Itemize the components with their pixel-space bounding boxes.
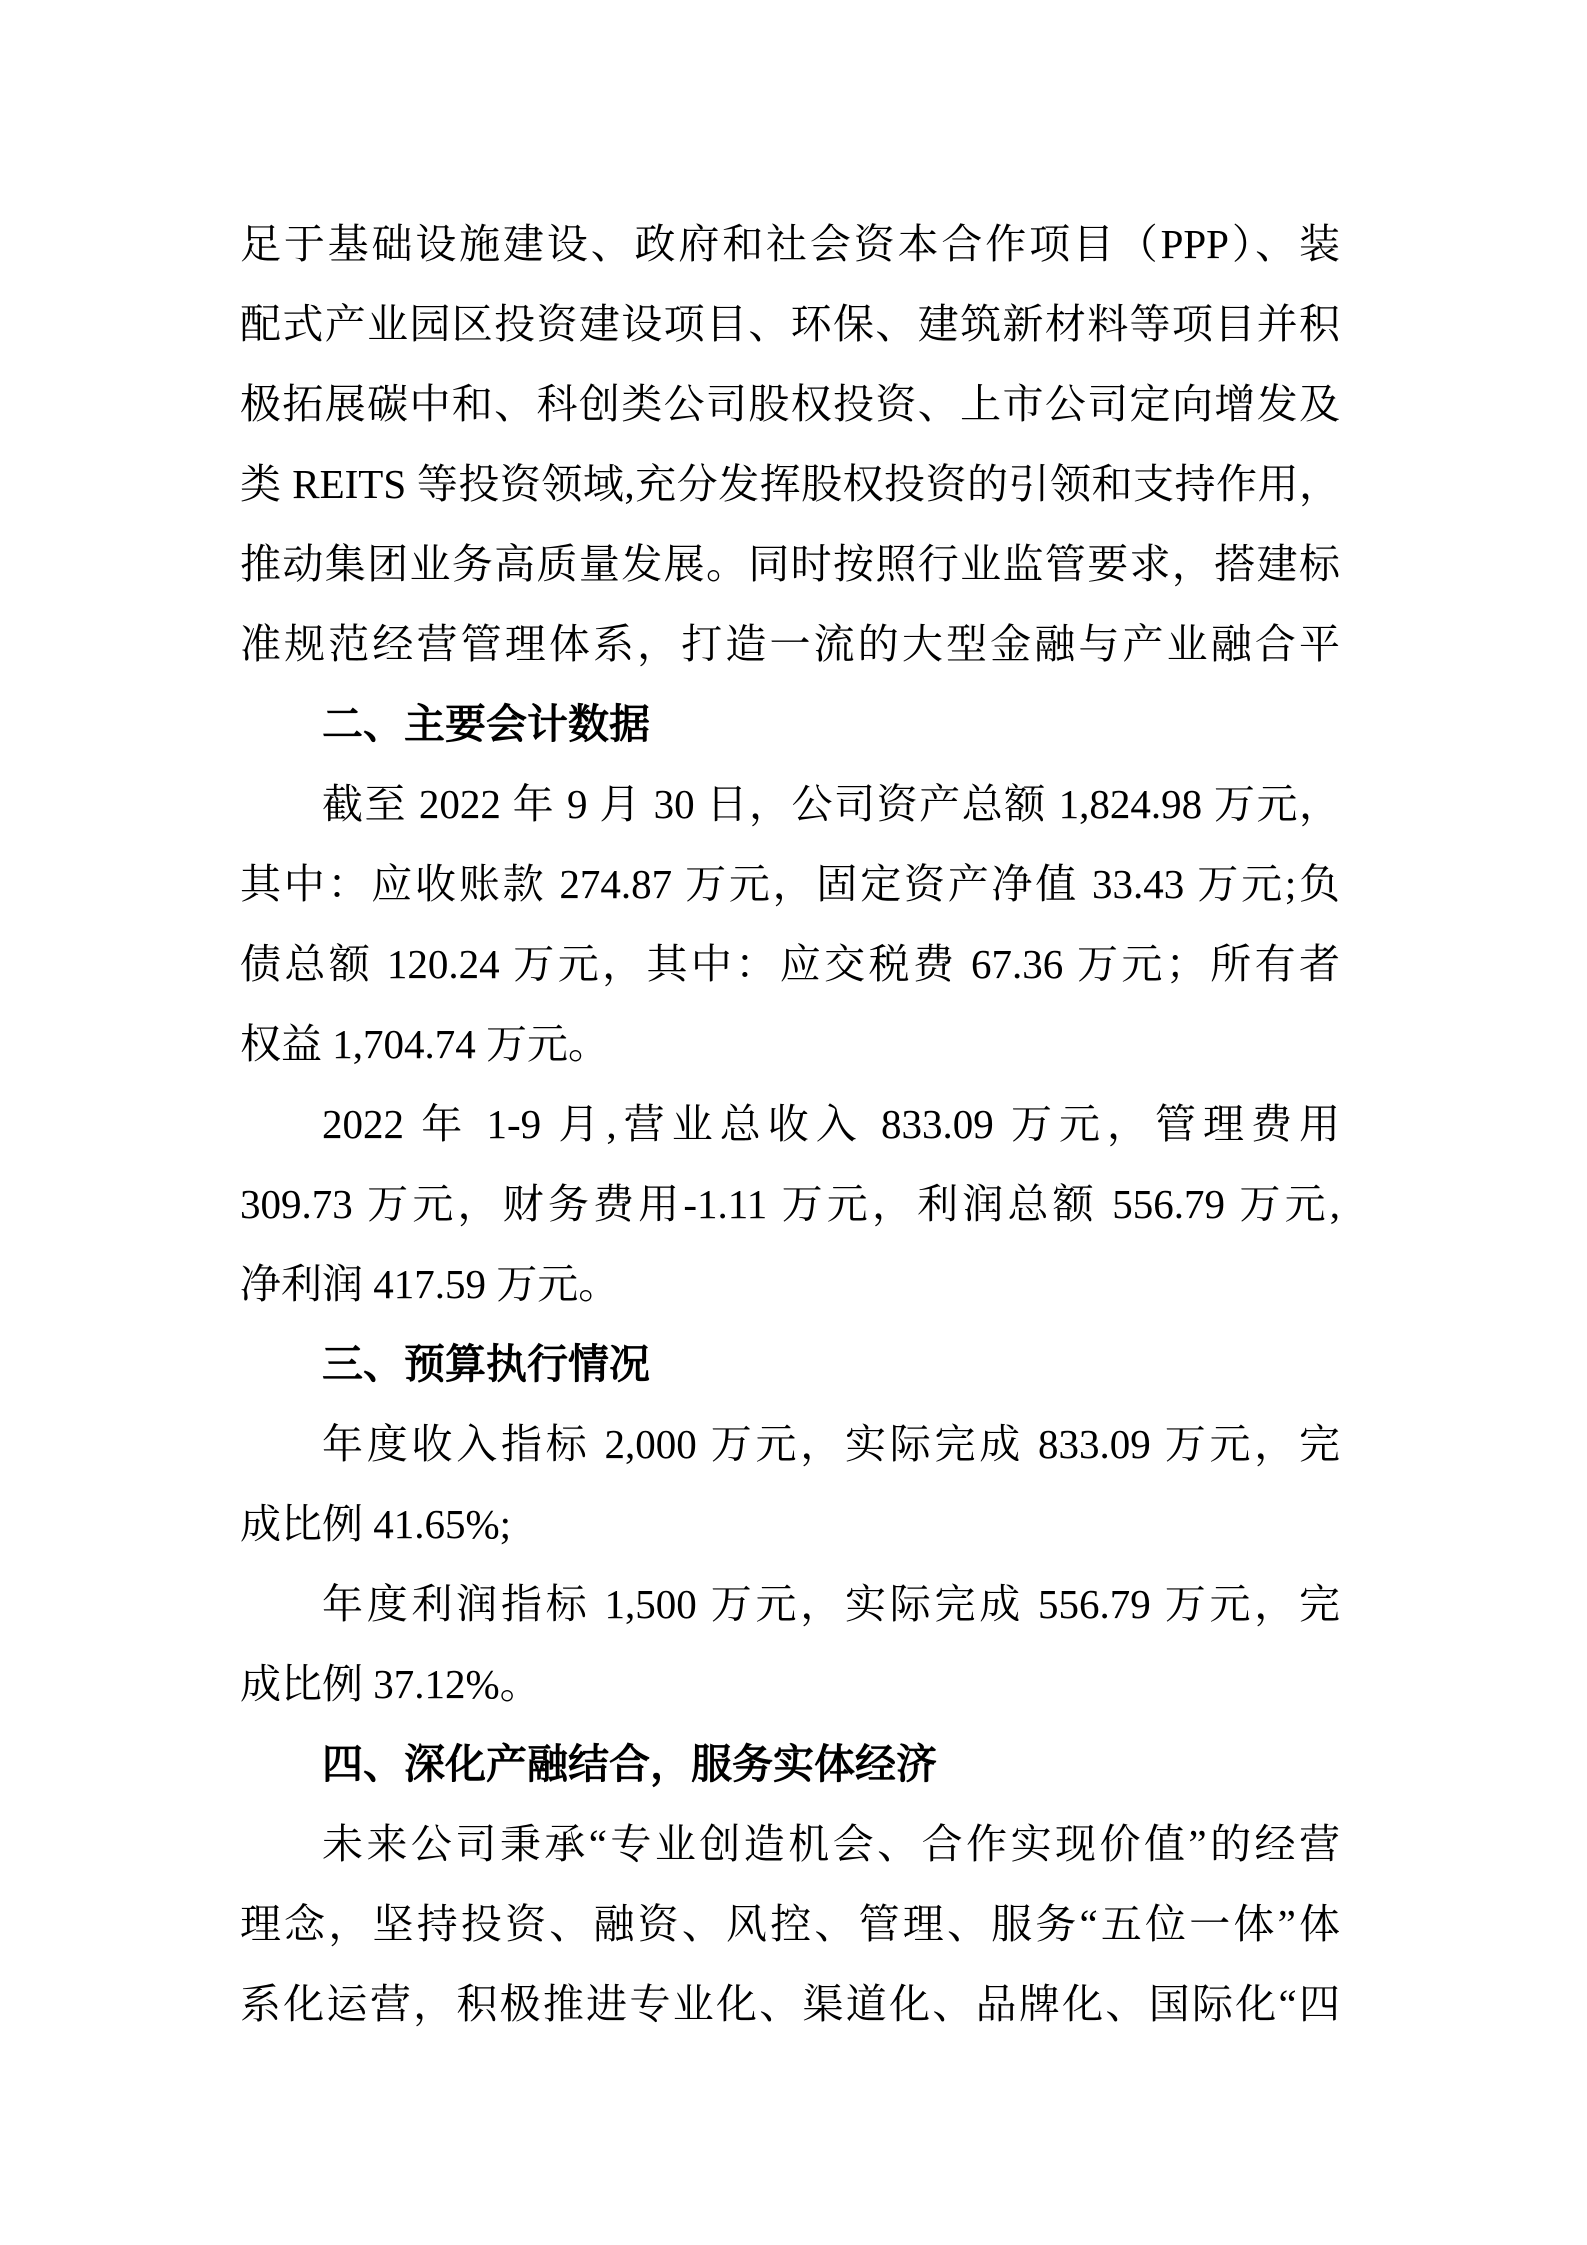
paragraph-line: 成比例 41.65%; [240, 1484, 1340, 1564]
paragraph-line: 权益 1,704.74 万元。 [240, 1004, 1340, 1084]
paragraph-line: 类 REITS 等投资领域,充分发挥股权投资的引领和支持作用， [240, 444, 1340, 524]
section-heading: 二、主要会计数据 [240, 684, 1340, 764]
paragraph-line: 成比例 37.12%。 [240, 1644, 1340, 1724]
paragraph-line: 配式产业园区投资建设项目、环保、建筑新材料等项目并积 [240, 284, 1340, 364]
paragraph-line: 极拓展碳中和、科创类公司股权投资、上市公司定向增发及 [240, 364, 1340, 444]
section-heading: 三、预算执行情况 [240, 1324, 1340, 1404]
paragraph-line: 净利润 417.59 万元。 [240, 1244, 1340, 1324]
paragraph-line: 309.73 万元，财务费用-1.11 万元，利润总额 556.79 万元, [240, 1164, 1340, 1244]
section-heading: 四、深化产融结合，服务实体经济 [240, 1724, 1340, 1804]
paragraph-line: 债总额 120.24 万元，其中：应交税费 67.36 万元；所有者 [240, 924, 1340, 1004]
paragraph-line: 系化运营，积极推进专业化、渠道化、品牌化、国际化“四 [240, 1964, 1340, 2044]
document-page: 足于基础设施建设、政府和社会资本合作项目（PPP）、装配式产业园区投资建设项目、… [0, 0, 1587, 2245]
paragraph-line: 理念，坚持投资、融资、风控、管理、服务“五位一体”体 [240, 1884, 1340, 1964]
paragraph-line: 2022 年 1-9 月,营业总收入 833.09 万元，管理费用 [240, 1084, 1340, 1164]
paragraph-line: 年度利润指标 1,500 万元，实际完成 556.79 万元，完 [240, 1564, 1340, 1644]
paragraph-line: 年度收入指标 2,000 万元，实际完成 833.09 万元，完 [240, 1404, 1340, 1484]
paragraph-line: 准规范经营管理体系，打造一流的大型金融与产业融合平台。 [240, 604, 1340, 684]
paragraph-line: 截至 2022 年 9 月 30 日，公司资产总额 1,824.98 万元， [240, 764, 1340, 844]
document-content: 足于基础设施建设、政府和社会资本合作项目（PPP）、装配式产业园区投资建设项目、… [240, 204, 1340, 2044]
paragraph-line: 足于基础设施建设、政府和社会资本合作项目（PPP）、装 [240, 204, 1340, 284]
paragraph-line: 推动集团业务高质量发展。同时按照行业监管要求，搭建标 [240, 524, 1340, 604]
paragraph-line: 未来公司秉承“专业创造机会、合作实现价值”的经营 [240, 1804, 1340, 1884]
paragraph-line: 其中：应收账款 274.87 万元，固定资产净值 33.43 万元;负 [240, 844, 1340, 924]
